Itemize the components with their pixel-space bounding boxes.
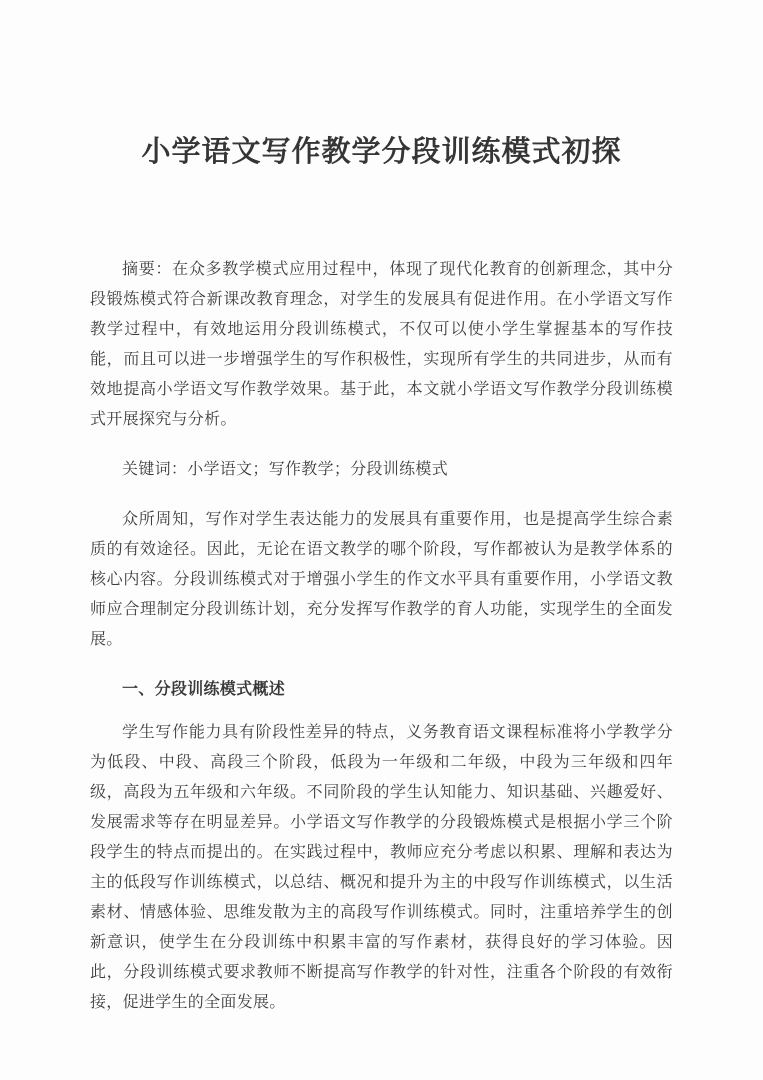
intro-paragraph: 众所周知，写作对学生表达能力的发展具有重要作用，也是提高学生综合素质的有效途径。… xyxy=(90,504,673,654)
document-page: 小学语文写作教学分段训练模式初探 摘要：在众多教学模式应用过程中，体现了现代化教… xyxy=(0,0,763,1080)
keywords-line: 关键词：小学语文；写作教学；分段训练模式 xyxy=(90,454,673,484)
document-content: 小学语文写作教学分段训练模式初探 摘要：在众多教学模式应用过程中，体现了现代化教… xyxy=(90,0,673,1017)
section-1-heading: 一、分段训练模式概述 xyxy=(90,674,673,704)
document-title: 小学语文写作教学分段训练模式初探 xyxy=(90,133,673,170)
section-1-body-paragraph: 学生写作能力具有阶段性差异的特点，义务教育语文课程标准将小学教学分为低段、中段、… xyxy=(90,717,673,1017)
abstract-paragraph: 摘要：在众多教学模式应用过程中，体现了现代化教育的创新理念，其中分段锻炼模式符合… xyxy=(90,254,673,434)
